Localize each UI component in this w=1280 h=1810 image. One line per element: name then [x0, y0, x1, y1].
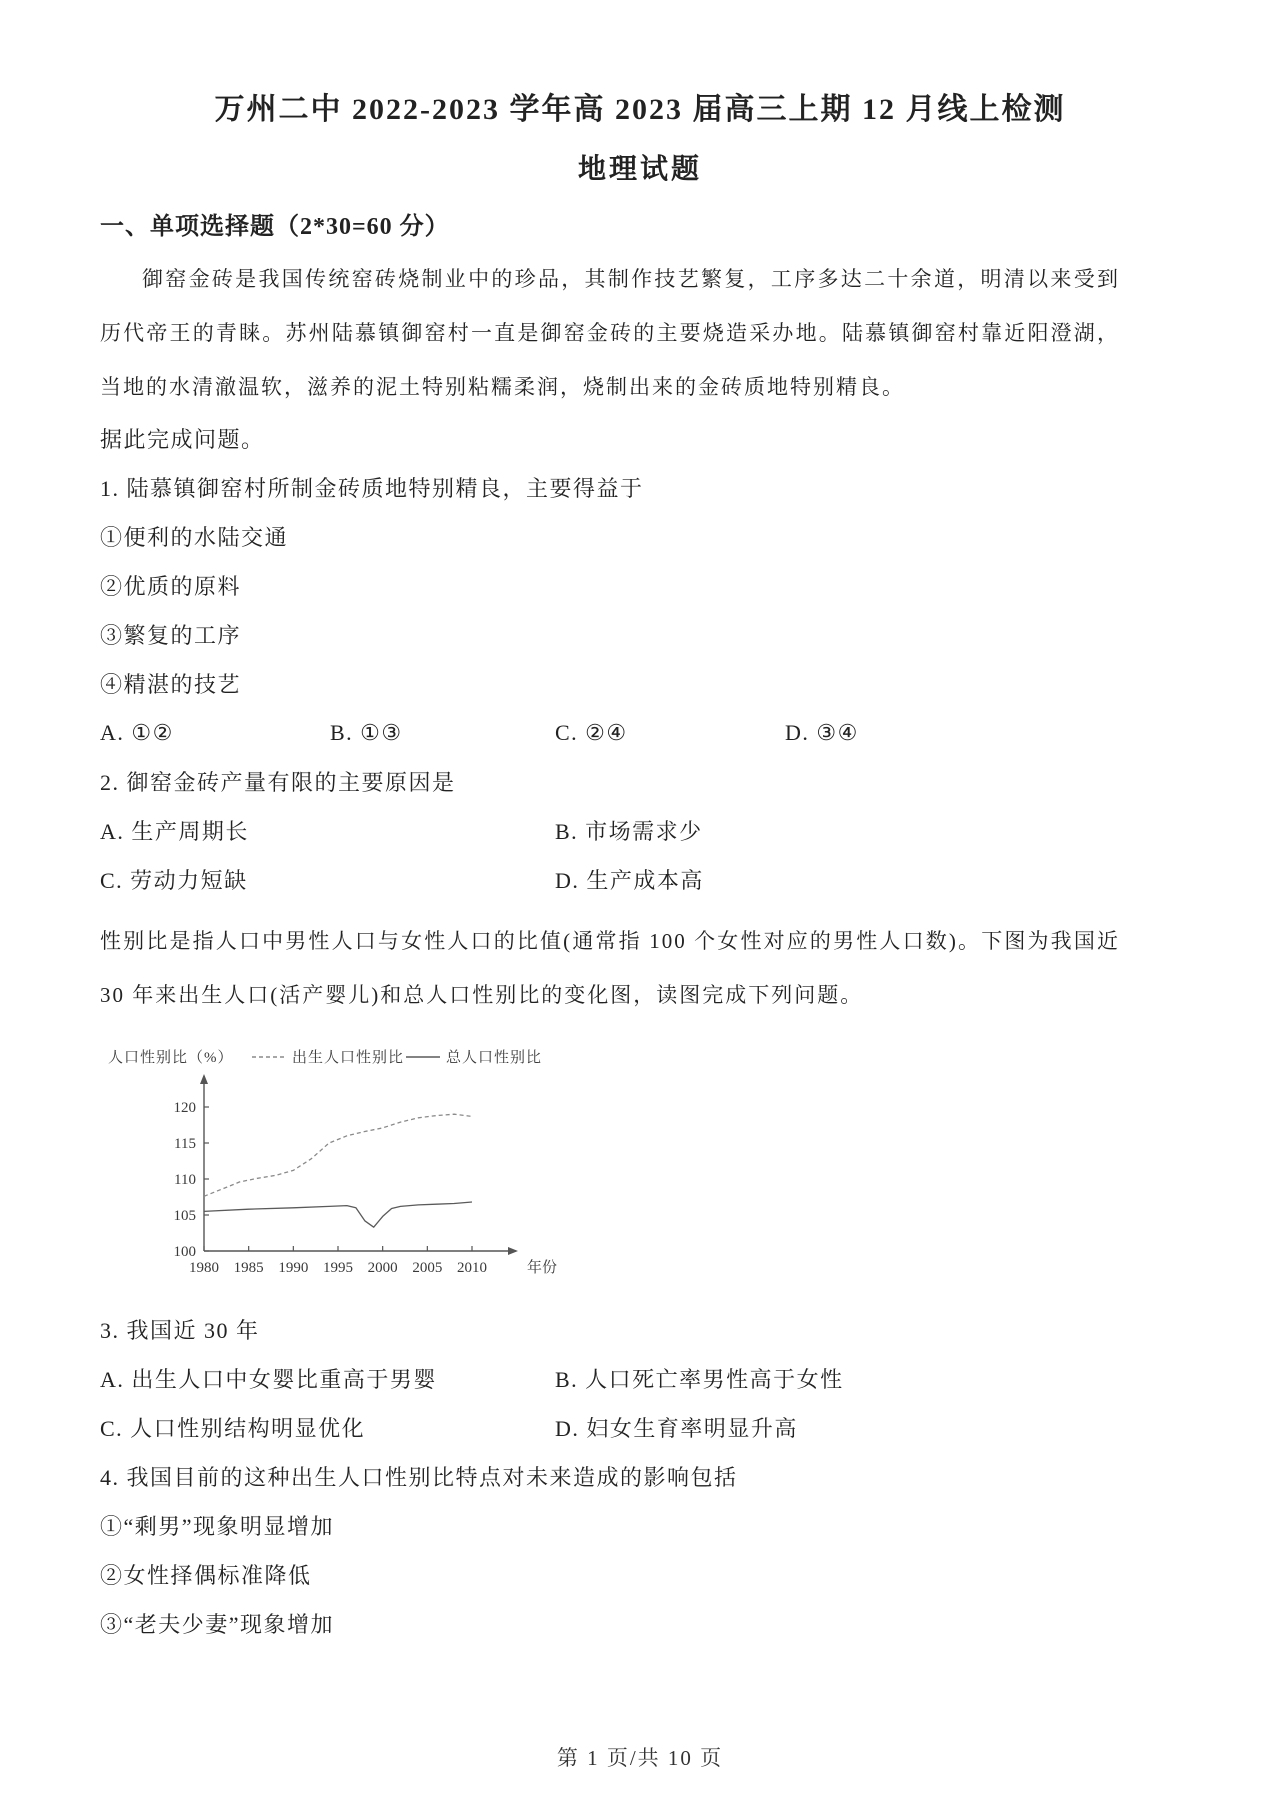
q3-options: A. 出生人口中女婴比重高于男婴 B. 人口死亡率男性高于女性 C. 人口性别结…: [100, 1354, 1180, 1452]
q4-item-3: ③“老夫少妻”现象增加: [100, 1599, 1180, 1648]
q2-option-d: D. 生产成本高: [555, 855, 1180, 904]
y-tick-label: 110: [174, 1172, 196, 1188]
q1-options: A. ①② B. ①③ C. ②④ D. ③④: [100, 708, 1180, 757]
q2-option-a: A. 生产周期长: [100, 806, 555, 855]
y-axis-arrow-icon: [200, 1074, 208, 1084]
q3-stem: 3. 我国近 30 年: [100, 1305, 1180, 1354]
q1-option-a: A. ①②: [100, 720, 330, 746]
q4-item-1: ①“剩男”现象明显增加: [100, 1501, 1180, 1550]
q4-item-2: ②女性择偶标准降低: [100, 1550, 1180, 1599]
y-tick-label: 100: [174, 1244, 197, 1260]
page-subtitle: 地理试题: [100, 154, 1180, 186]
y-tick-label: 120: [174, 1100, 197, 1116]
q3-option-a: A. 出生人口中女婴比重高于男婴: [100, 1354, 555, 1403]
x-axis-arrow-icon: [508, 1247, 518, 1255]
y-axis-title: 人口性别比（%）: [108, 1049, 234, 1066]
q2-stem: 2. 御窑金砖产量有限的主要原因是: [100, 757, 1180, 806]
passage-bricks-note: 据此完成问题。: [100, 414, 1180, 463]
q3-option-d: D. 妇女生育率明显升高: [555, 1403, 1180, 1452]
series-total-sex-ratio: [204, 1202, 472, 1227]
q3-option-c: C. 人口性别结构明显优化: [100, 1403, 555, 1452]
passage-bricks: 御窑金砖是我国传统窑砖烧制业中的珍品，其制作技艺繁复，工序多达二十余道，明清以来…: [100, 252, 1120, 414]
q1-item-1: ①便利的水陆交通: [100, 512, 1180, 561]
x-tick-label: 1995: [323, 1260, 353, 1276]
x-axis-title: 年份: [527, 1258, 557, 1276]
y-tick-label: 115: [174, 1136, 196, 1152]
sex-ratio-chart: 1001051101151201980198519901995200020052…: [104, 1046, 584, 1291]
q3-option-b: B. 人口死亡率男性高于女性: [555, 1354, 1180, 1403]
q1-item-2: ②优质的原料: [100, 561, 1180, 610]
exam-page: 万州二中 2022-2023 学年高 2023 届高三上期 12 月线上检测 地…: [0, 0, 1280, 1810]
x-tick-label: 2005: [412, 1260, 442, 1276]
legend-label: 总人口性别比: [446, 1049, 542, 1066]
passage-sex-ratio: 性别比是指人口中男性人口与女性人口的比值(通常指 100 个女性对应的男性人口数…: [100, 914, 1120, 1022]
page-title: 万州二中 2022-2023 学年高 2023 届高三上期 12 月线上检测: [100, 92, 1180, 128]
x-tick-label: 1985: [234, 1260, 264, 1276]
series-birth-sex-ratio: [204, 1114, 472, 1196]
x-tick-label: 2000: [368, 1260, 398, 1276]
q2-option-b: B. 市场需求少: [555, 806, 1180, 855]
q2-option-c: C. 劳动力短缺: [100, 855, 555, 904]
page-content: 万州二中 2022-2023 学年高 2023 届高三上期 12 月线上检测 地…: [0, 0, 1280, 1648]
legend-label: 出生人口性别比: [292, 1049, 404, 1066]
q1-item-4: ④精湛的技艺: [100, 659, 1180, 708]
x-tick-label: 2010: [457, 1260, 487, 1276]
page-number: 第 1 页/共 10 页: [0, 1742, 1280, 1772]
x-tick-label: 1990: [278, 1260, 308, 1276]
x-tick-label: 1980: [189, 1260, 219, 1276]
sex-ratio-chart-svg: 1001051101151201980198519901995200020052…: [104, 1046, 584, 1291]
q2-options: A. 生产周期长 B. 市场需求少 C. 劳动力短缺 D. 生产成本高: [100, 806, 1180, 904]
y-tick-label: 105: [174, 1208, 197, 1224]
q1-stem: 1. 陆慕镇御窑村所制金砖质地特别精良，主要得益于: [100, 463, 1180, 512]
q1-option-d: D. ③④: [785, 720, 1180, 746]
q1-item-3: ③繁复的工序: [100, 610, 1180, 659]
section-heading: 一、单项选择题（2*30=60 分）: [100, 212, 1180, 242]
q4-stem: 4. 我国目前的这种出生人口性别比特点对未来造成的影响包括: [100, 1452, 1180, 1501]
q1-option-b: B. ①③: [330, 720, 555, 746]
q1-option-c: C. ②④: [555, 720, 785, 746]
